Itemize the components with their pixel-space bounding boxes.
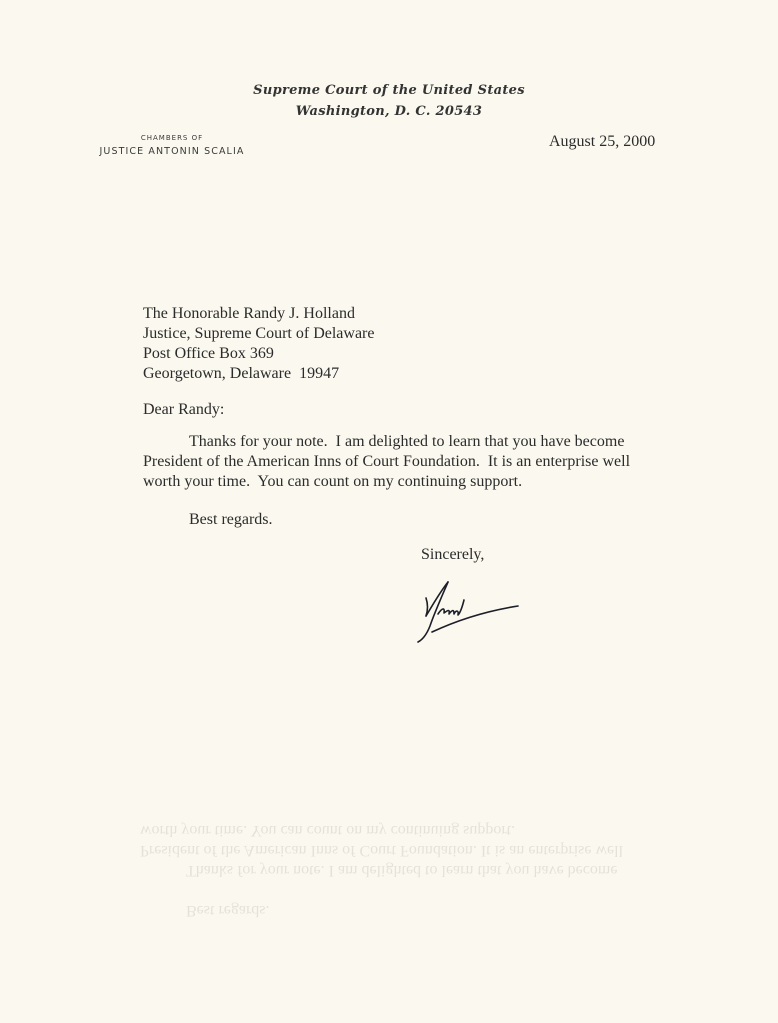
letterhead: Supreme Court of the United States Washi… bbox=[0, 80, 778, 122]
recipient-title: Justice, Supreme Court of Delaware bbox=[143, 324, 374, 344]
recipient-name: The Honorable Randy J. Holland bbox=[143, 304, 374, 324]
body-paragraph: Thanks for your note. I am delighted to … bbox=[143, 432, 663, 492]
chambers-justice: JUSTICE ANTONIN SCALIA bbox=[87, 144, 257, 159]
reverse-bleed-through: Best regards. Thanks for your note. I am… bbox=[140, 820, 660, 920]
salutation: Dear Randy: bbox=[143, 401, 224, 419]
recipient-address: The Honorable Randy J. Holland Justice, … bbox=[143, 304, 374, 384]
chambers-label: CHAMBERS OF bbox=[87, 132, 257, 144]
closing-regards: Best regards. bbox=[189, 511, 273, 529]
closing-sign-off: Sincerely, bbox=[421, 546, 484, 564]
signature-icon bbox=[412, 570, 532, 655]
chambers-block: CHAMBERS OF JUSTICE ANTONIN SCALIA bbox=[87, 132, 257, 159]
letterhead-court-name: Supreme Court of the United States bbox=[0, 80, 778, 101]
letterhead-address: Washington, D. C. 20543 bbox=[0, 101, 778, 122]
letter-body: Thanks for your note. I am delighted to … bbox=[143, 432, 663, 492]
letter-date: August 25, 2000 bbox=[549, 133, 655, 151]
recipient-address-line1: Post Office Box 369 bbox=[143, 344, 374, 364]
recipient-address-line2: Georgetown, Delaware 19947 bbox=[143, 364, 374, 384]
